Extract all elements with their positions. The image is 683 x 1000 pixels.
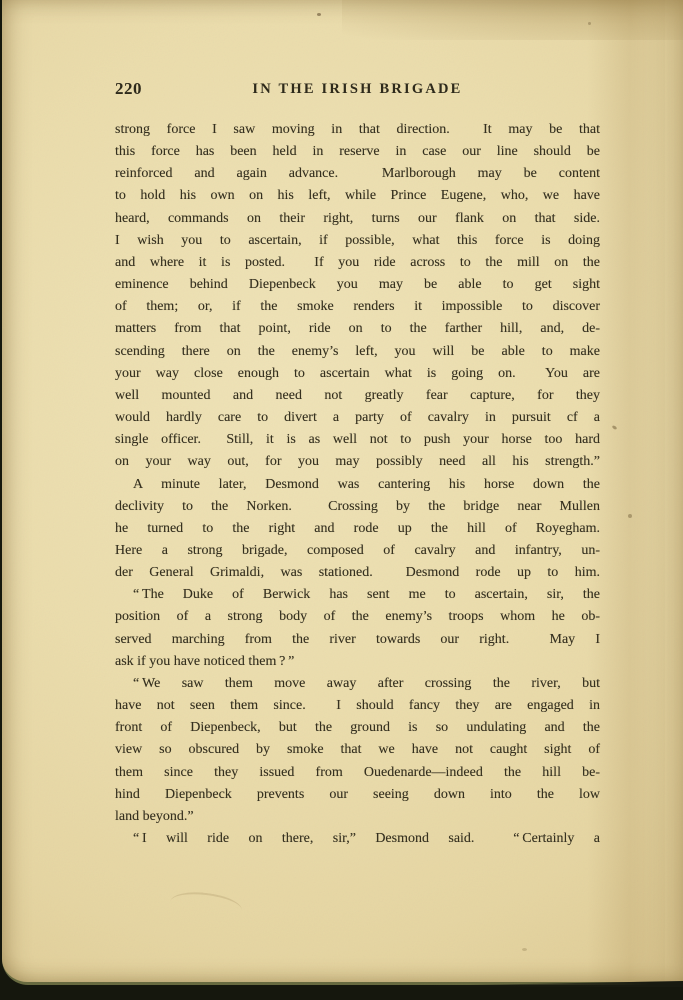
text-line: der General Grimaldi, was stationed. Des… [115, 562, 600, 584]
text-line: served marching from the river towards o… [115, 629, 600, 651]
page-header: 220 IN THE IRISH BRIGADE [115, 79, 600, 103]
paper-speck [588, 22, 591, 25]
paper-crease [169, 889, 244, 924]
text-line: “ I will ride on there, sir,” Desmond sa… [115, 828, 600, 850]
text-line: view so obscured by smoke that we have n… [115, 739, 600, 761]
scanned-page: 220 IN THE IRISH BRIGADE strong force I … [0, 0, 683, 1000]
text-line: of them; or, if the smoke renders it imp… [115, 296, 600, 318]
text-line: “ The Duke of Berwick has sent me to asc… [115, 584, 600, 606]
text-line: land beyond.” [115, 806, 600, 828]
text-line: scending there on the enemy’s left, you … [115, 341, 600, 363]
text-line: reinforced and again advance. Marlboroug… [115, 163, 600, 185]
paper-speck [522, 948, 527, 951]
text-line: Here a strong brigade, composed of caval… [115, 540, 600, 562]
text-line: single officer. Still, it is as well not… [115, 429, 600, 451]
running-header: IN THE IRISH BRIGADE [115, 81, 600, 98]
text-line: declivity to the Norken. Crossing by the… [115, 496, 600, 518]
text-line: your way close enough to ascertain what … [115, 363, 600, 385]
text-line: ask if you have noticed them ? ” [115, 651, 600, 673]
scan-shadow-top-right [342, 0, 683, 40]
text-line: he turned to the right and rode up the h… [115, 518, 600, 540]
text-line: to hold his own on his left, while Princ… [115, 185, 600, 207]
text-line: matters from that point, ride on to the … [115, 318, 600, 340]
text-line: would hardly care to divert a party of c… [115, 407, 600, 429]
text-line: this force has been held in reserve in c… [115, 141, 600, 163]
text-line: and where it is posted. If you ride acro… [115, 252, 600, 274]
paper-speck [317, 13, 321, 16]
text-line: A minute later, Desmond was cantering hi… [115, 474, 600, 496]
text-line: on your way out, for you may possibly ne… [115, 451, 600, 473]
paper-speck [612, 425, 618, 430]
text-line: them since they issued from Ouedenarde—i… [115, 762, 600, 784]
text-line: position of a strong body of the enemy’s… [115, 606, 600, 628]
page-surface: 220 IN THE IRISH BRIGADE strong force I … [2, 0, 683, 985]
text-line: eminence behind Diepenbeck you may be ab… [115, 274, 600, 296]
text-line: have not seen them since. I should fancy… [115, 695, 600, 717]
page-text: strong force I saw moving in that direct… [115, 119, 600, 850]
text-line: “ We saw them move away after crossing t… [115, 673, 600, 695]
text-line: well mounted and need not greatly fear c… [115, 385, 600, 407]
text-line: strong force I saw moving in that direct… [115, 119, 600, 141]
text-line: I wish you to ascertain, if possible, wh… [115, 230, 600, 252]
text-line: heard, commands on their right, turns ou… [115, 208, 600, 230]
text-line: hind Diepenbeck prevents our seeing down… [115, 784, 600, 806]
text-line: front of Diepenbeck, but the ground is s… [115, 717, 600, 739]
paper-speck [628, 514, 632, 518]
